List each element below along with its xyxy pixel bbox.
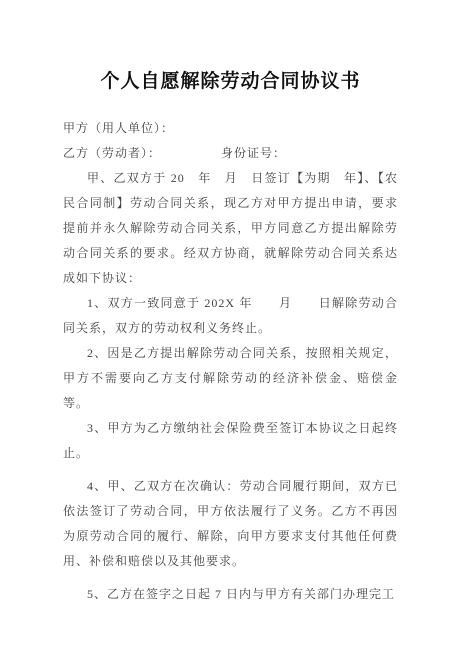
clause-2: 2、因是乙方提出解除劳动合同关系，按照相关规定，甲方不需要向乙方支付解除劳动的经… [63,341,398,416]
party-b-label: 乙方（劳动者）： [63,146,161,160]
id-number-label: 身份证号： [221,146,286,160]
party-b-line: 乙方（劳动者）：身份证号： [63,141,398,166]
clause-1: 1、双方一致同意于 202X 年 月 日解除劳动合同关系，双方的劳动权利义务终止… [63,291,398,341]
document-title: 个人自愿解除劳动合同协议书 [63,0,398,92]
document-page: 个人自愿解除劳动合同协议书 甲方（用人单位）： 乙方（劳动者）：身份证号： 甲、… [0,0,463,655]
intro-paragraph: 甲、乙双方于 20 年 月 日签订【为期 年】、【农民合同制】劳动合同关系，现乙… [63,166,398,291]
party-a-line: 甲方（用人单位）： [63,116,398,141]
document-body: 甲、乙双方于 20 年 月 日签订【为期 年】、【农民合同制】劳动合同关系，现乙… [63,166,398,607]
parties-block: 甲方（用人单位）： 乙方（劳动者）：身份证号： [63,116,398,166]
clause-3: 3、甲方为乙方缴纳社会保险费至签订本协议之日起终止。 [63,416,398,466]
clause-5: 5、乙方在签字之日起 7 日内与甲方有关部门办理完工 [63,582,398,607]
party-a-label: 甲方（用人单位）： [63,121,174,135]
clause-4: 4、甲、乙双方在次确认：劳动合同履行期间，双方已依法签订了劳动合同，甲方依法履行… [63,474,398,574]
